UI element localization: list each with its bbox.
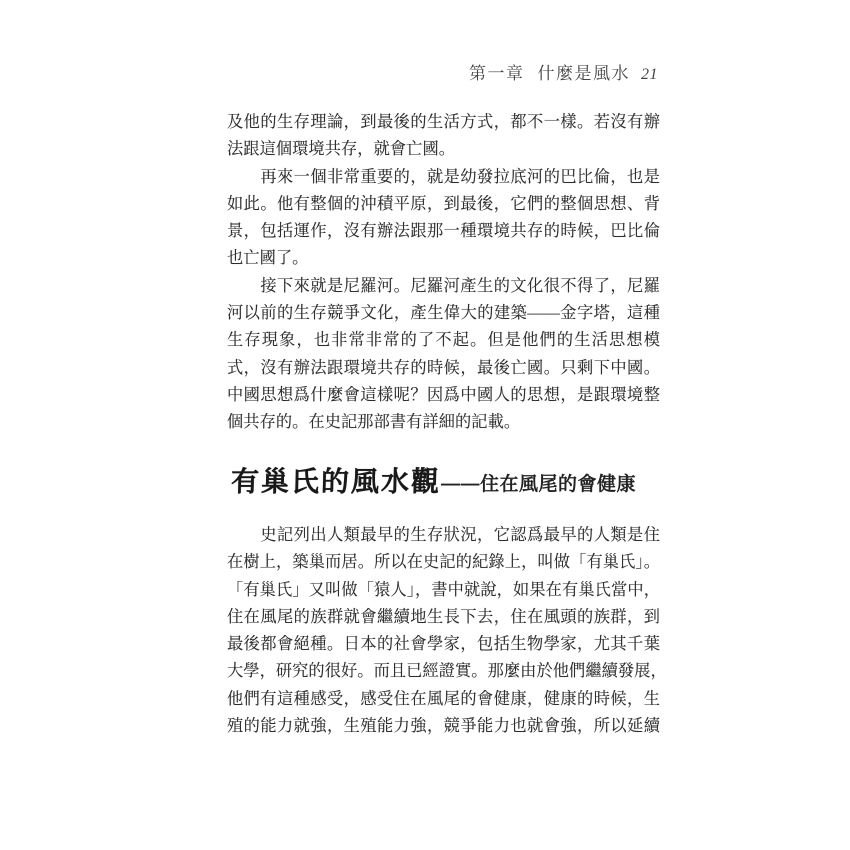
text-line: 史記列出人類最早的生存狀況，它認爲最早的人類是住	[227, 522, 660, 549]
text-line: 及他的生存理論，到最後的生活方式，都不一樣。若沒有辦	[227, 109, 660, 136]
body-text-block-2: 史記列出人類最早的生存狀況，它認爲最早的人類是住 在樹上，築巢而居。所以在史記的…	[227, 522, 660, 740]
text-line: 中國思想爲什麼會這樣呢？因爲中國人的思想，是跟環境整	[227, 382, 660, 409]
page-number: 21	[641, 66, 658, 83]
text-line: 法跟這個環境共存，就會亡國。	[227, 136, 660, 163]
text-line: 如此。他有整個的沖積平原，到最後，它們的整個思想、背	[227, 191, 660, 218]
text-line: 「有巢氏」又叫做「猿人」，書中就說，如果在有巢氏當中，	[227, 577, 660, 604]
running-head: 第一章什麼是風水21	[0, 63, 658, 86]
section-heading-main: 有巢氏的風水觀	[231, 466, 442, 500]
text-line: 也亡國了。	[227, 245, 660, 272]
text-line: 最後都會絕種。日本的社會學家，包括生物學家，尤其千葉	[227, 631, 660, 658]
text-line: 再來一個非常重要的，就是幼發拉底河的巴比倫，也是	[227, 164, 660, 191]
text-line: 在樹上，築巢而居。所以在史記的紀錄上，叫做「有巢氏」。	[227, 549, 660, 576]
text-line: 河以前的生存競爭文化，產生偉大的建築——金字塔，這種	[227, 300, 660, 327]
body-text-block-1: 及他的生存理論，到最後的生活方式，都不一樣。若沒有辦 法跟這個環境共存，就會亡國…	[227, 109, 660, 437]
running-head-title: 什麼是風水	[538, 64, 631, 83]
text-line: 個共存的。在史記那部書有詳細的記載。	[227, 409, 660, 436]
text-line: 式，沒有辦法跟環境共存的時候，最後亡國。只剩下中國。	[227, 355, 660, 382]
text-line: 住在風尾的族群就會繼續地生長下去，住在風頭的族群，到	[227, 604, 660, 631]
text-line: 他們有這種感受，感受住在風尾的會健康，健康的時候，生	[227, 686, 660, 713]
text-line: 生存現象，也非常非常的了不起。但是他們的生活思想模	[227, 327, 660, 354]
text-line: 景，包括運作，沒有辦法跟那一種環境共存的時候，巴比倫	[227, 218, 660, 245]
section-heading-subtitle: ——住在風尾的會健康	[441, 472, 636, 500]
text-line: 殖的能力就強，生殖能力強，競爭能力也就會強，所以延續	[227, 713, 660, 740]
running-head-chapter: 第一章	[469, 64, 525, 83]
section-heading: 有巢氏的風水觀——住在風尾的會健康	[231, 458, 664, 500]
text-line: 大學，研究的很好。而且已經證實。那麼由於他們繼續發展，	[227, 658, 660, 685]
book-page: 第一章什麼是風水21 及他的生存理論，到最後的生活方式，都不一樣。若沒有辦 法跟…	[0, 0, 850, 850]
text-line: 接下來就是尼羅河。尼羅河產生的文化很不得了，尼羅	[227, 273, 660, 300]
